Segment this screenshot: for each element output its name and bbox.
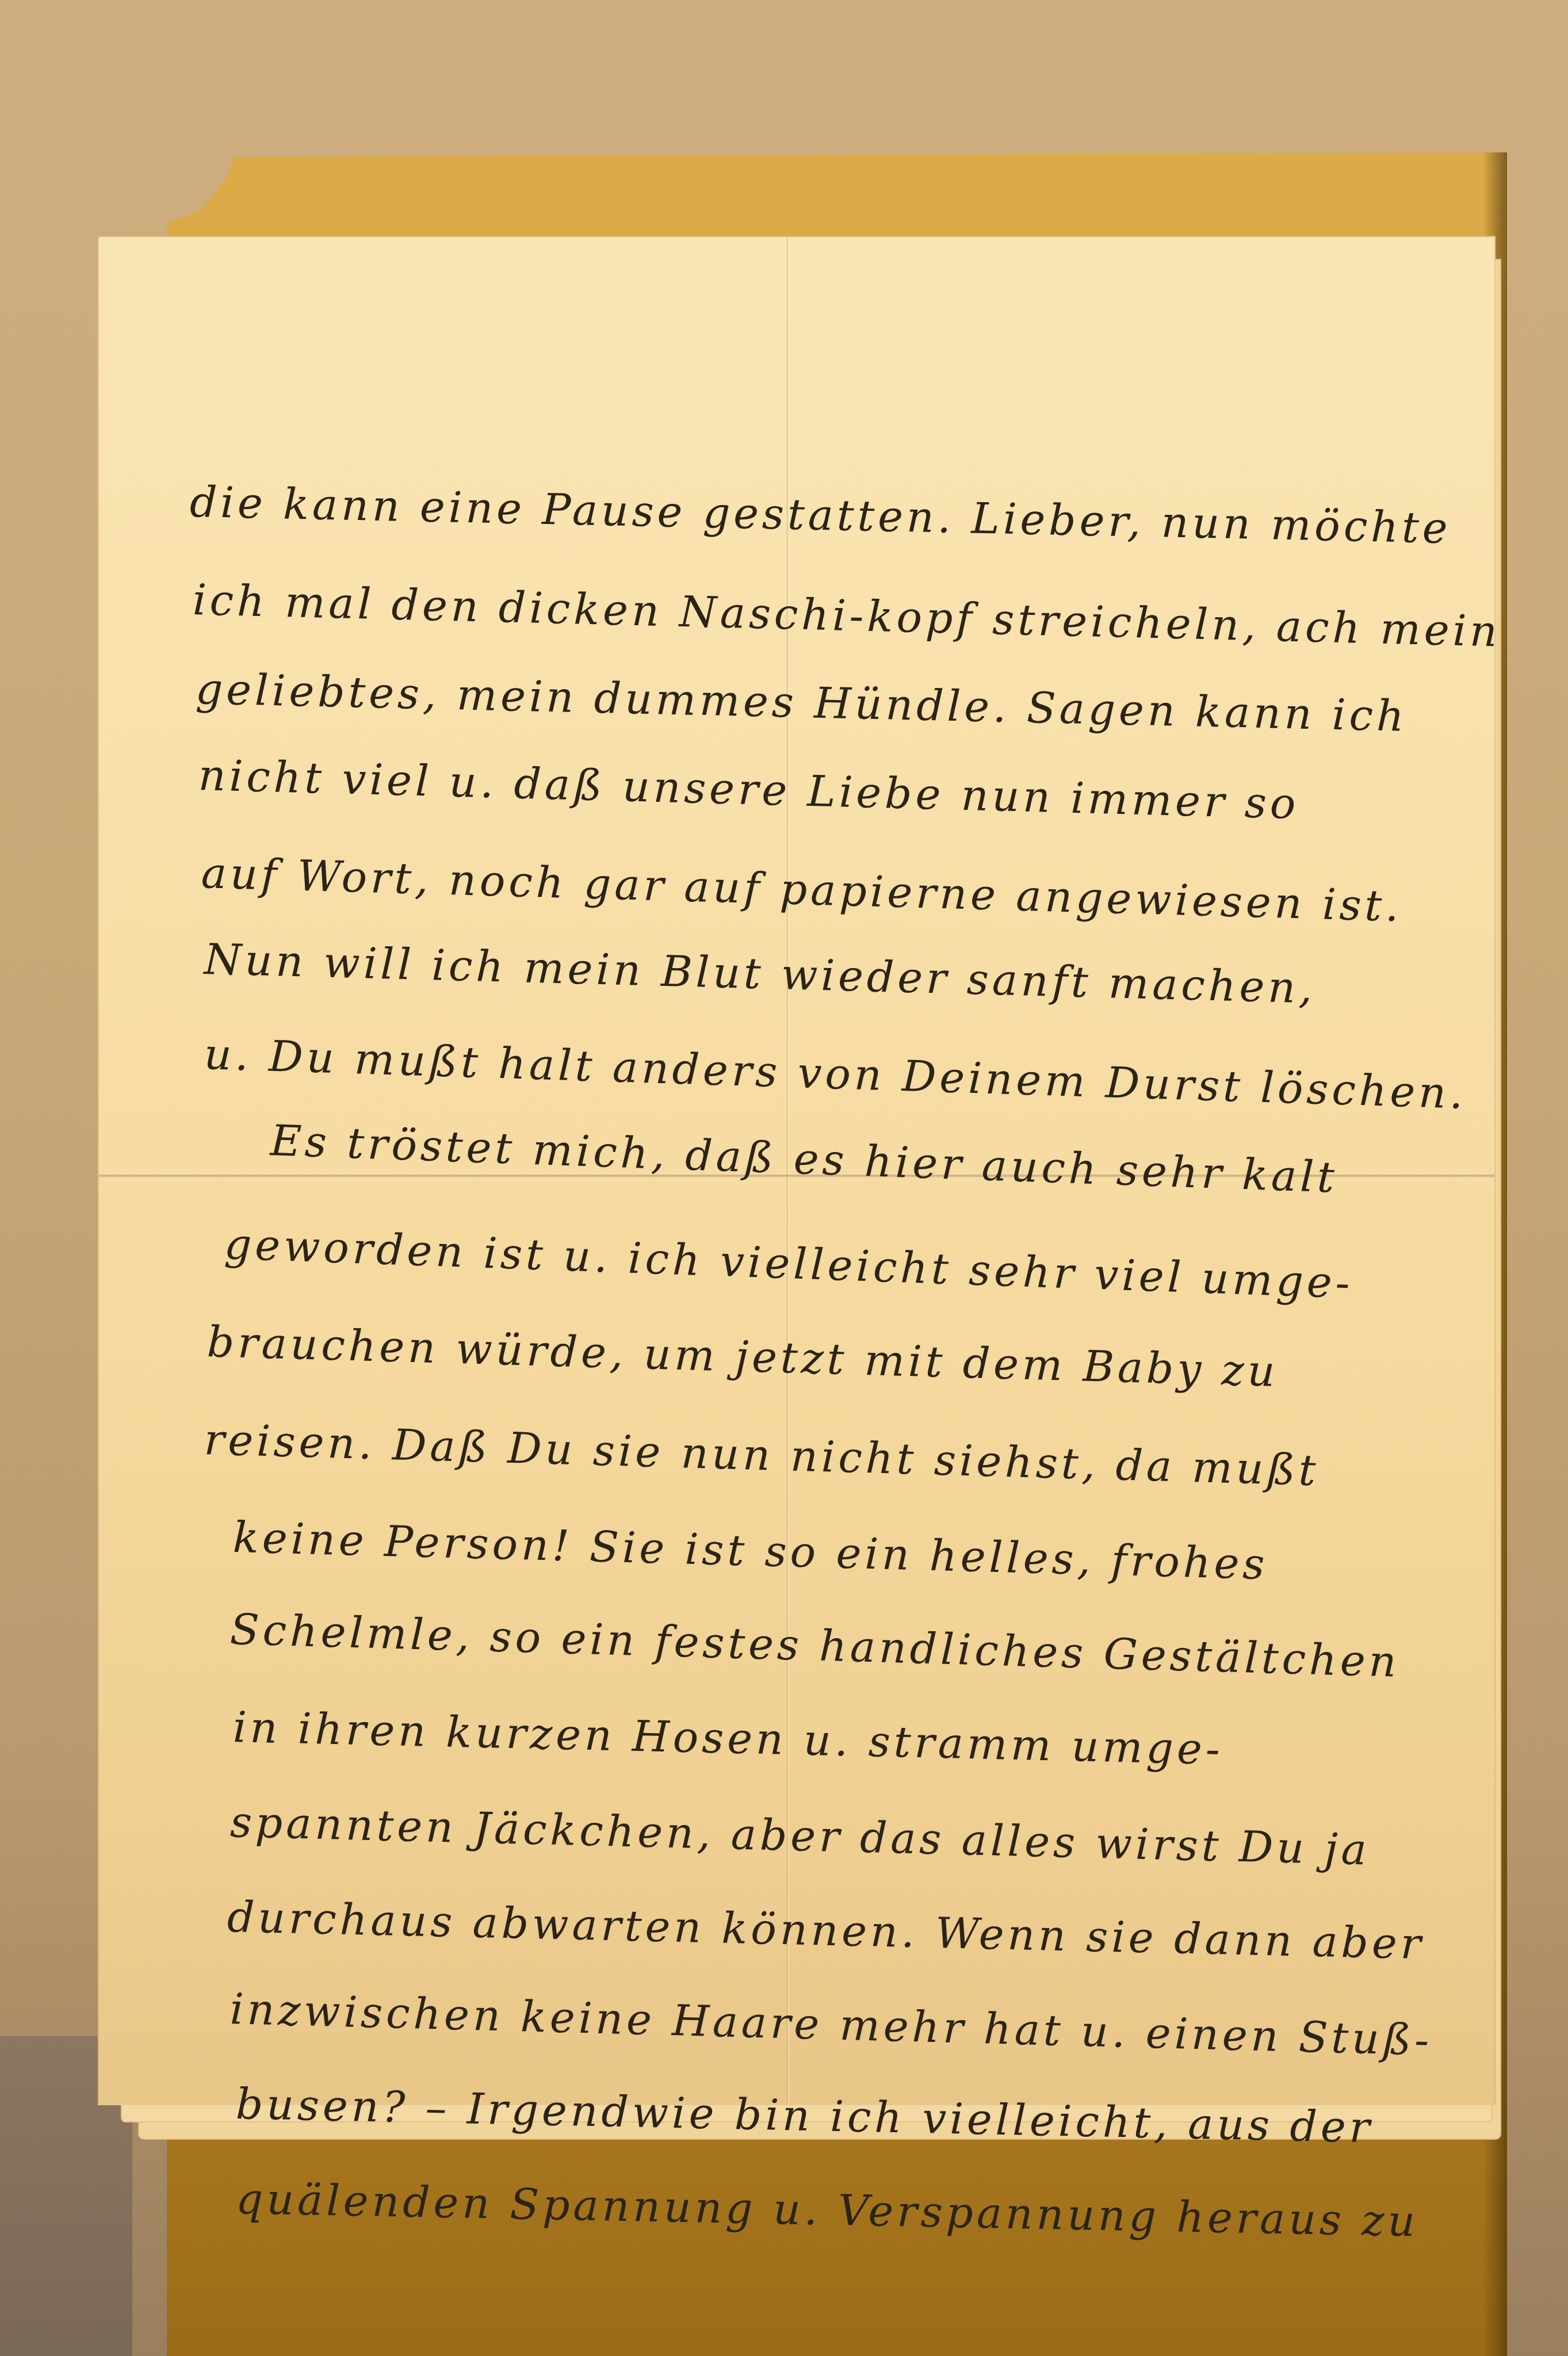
letter-line-9: geworden ist u. ich vielleicht sehr viel… xyxy=(223,1219,1354,1308)
letter-line-1: die kann eine Pause gestatten. Lieber, n… xyxy=(189,477,1451,553)
letter-line-10: brauchen würde, um jetzt mit dem Baby zu xyxy=(206,1317,1279,1397)
letter-line-7: u. Du mußt halt anders von Deinem Durst … xyxy=(204,1030,1467,1119)
letter-line-12: keine Person! Sie ist so ein helles, fro… xyxy=(232,1513,1269,1589)
letter-line-11: reisen. Daß Du sie nun nicht siehst, da … xyxy=(204,1415,1320,1496)
letter-line-19: quälenden Spannung u. Verspannung heraus… xyxy=(235,2174,1419,2246)
letter-line-4: nicht viel u. daß unsere Liebe nun immer… xyxy=(198,751,1300,829)
letter-line-2: ich mal den dicken Naschi-kopf streichel… xyxy=(192,575,1501,657)
letter-line-14: in ihren kurzen Hosen u. stramm umge- xyxy=(232,1703,1224,1774)
letter-line-17: inzwischen keine Haare mehr hat u. einen… xyxy=(230,1984,1433,2066)
letter-line-8: Es tröstet mich, daß es hier auch sehr k… xyxy=(269,1116,1338,1203)
letter-line-15: spannten Jäckchen, aber das alles wirst … xyxy=(230,1797,1371,1875)
letter-line-6: Nun will ich mein Blut wieder sanft mach… xyxy=(204,935,1317,1013)
letter-line-3: geliebtes, mein dummes Hündle. Sagen kan… xyxy=(195,664,1408,741)
handwritten-letter-text: die kann eine Pause gestatten. Lieber, n… xyxy=(184,0,1524,2356)
letter-line-16: durchaus abwarten können. Wenn sie dann … xyxy=(227,1892,1425,1969)
letter-line-18: busen? – Irgendwie bin ich vielleicht, a… xyxy=(235,2079,1374,2152)
letter-line-5: auf Wort, noch gar auf papierne angewies… xyxy=(201,848,1403,931)
letter-line-13: Schelmle, so ein festes handliches Gestä… xyxy=(230,1605,1401,1687)
